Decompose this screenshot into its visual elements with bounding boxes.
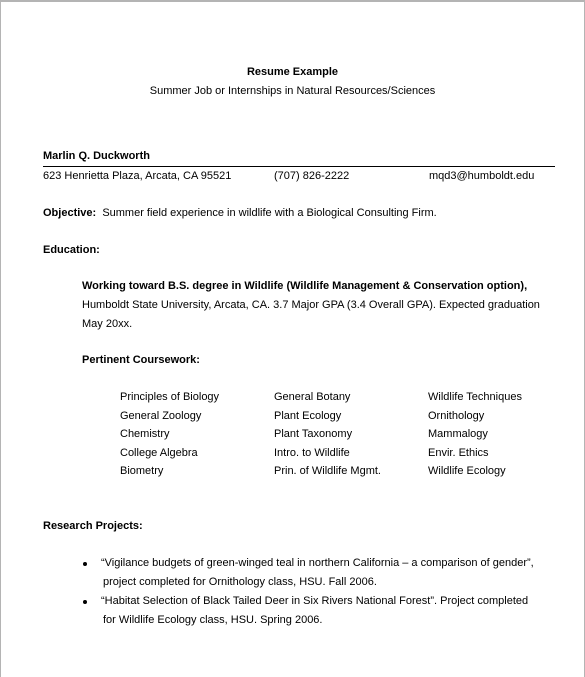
course-item: Ornithology xyxy=(428,409,484,423)
course-item: Plant Taxonomy xyxy=(274,427,352,441)
course-item: Prin. of Wildlife Mgmt. xyxy=(274,464,381,478)
coursework-heading: Pertinent Coursework: xyxy=(82,353,200,367)
course-item: Biometry xyxy=(120,464,163,478)
course-item: Wildlife Techniques xyxy=(428,390,522,404)
bullet-icon xyxy=(83,600,87,604)
course-item: Mammalogy xyxy=(428,427,488,441)
course-item: Wildlife Ecology xyxy=(428,464,506,478)
course-item: College Algebra xyxy=(120,446,198,460)
document-subtitle: Summer Job or Internships in Natural Res… xyxy=(0,84,585,98)
education-degree: Working toward B.S. degree in Wildlife (… xyxy=(82,279,527,293)
research-item-line2: project completed for Ornithology class,… xyxy=(103,575,377,589)
course-item: General Botany xyxy=(274,390,350,404)
course-item: Intro. to Wildlife xyxy=(274,446,350,460)
course-item: General Zoology xyxy=(120,409,201,423)
objective-label: Objective: xyxy=(43,207,96,219)
contact-email: mqd3@humboldt.edu xyxy=(429,169,534,183)
research-item-line1: “Vigilance budgets of green-winged teal … xyxy=(101,556,534,570)
course-item: Envir. Ethics xyxy=(428,446,489,460)
course-item: Plant Ecology xyxy=(274,409,341,423)
education-heading: Education: xyxy=(43,243,100,257)
header-divider xyxy=(43,166,555,167)
contact-address: 623 Henrietta Plaza, Arcata, CA 95521 xyxy=(43,169,231,183)
contact-phone: (707) 826-2222 xyxy=(274,169,349,183)
research-heading: Research Projects: xyxy=(43,519,143,533)
research-item-line1: “Habitat Selection of Black Tailed Deer … xyxy=(101,594,528,608)
education-details-line2: May 20xx. xyxy=(82,317,132,331)
education-details-line1: Humboldt State University, Arcata, CA. 3… xyxy=(82,298,540,312)
objective-section: Objective: Summer field experience in wi… xyxy=(43,206,437,220)
candidate-name: Marlin Q. Duckworth xyxy=(43,149,150,163)
course-item: Chemistry xyxy=(120,427,170,441)
document-title: Resume Example xyxy=(0,65,585,79)
research-item-line2: for Wildlife Ecology class, HSU. Spring … xyxy=(103,613,322,627)
objective-text: Summer field experience in wildlife with… xyxy=(102,207,436,219)
bullet-icon xyxy=(83,562,87,566)
course-item: Principles of Biology xyxy=(120,390,219,404)
